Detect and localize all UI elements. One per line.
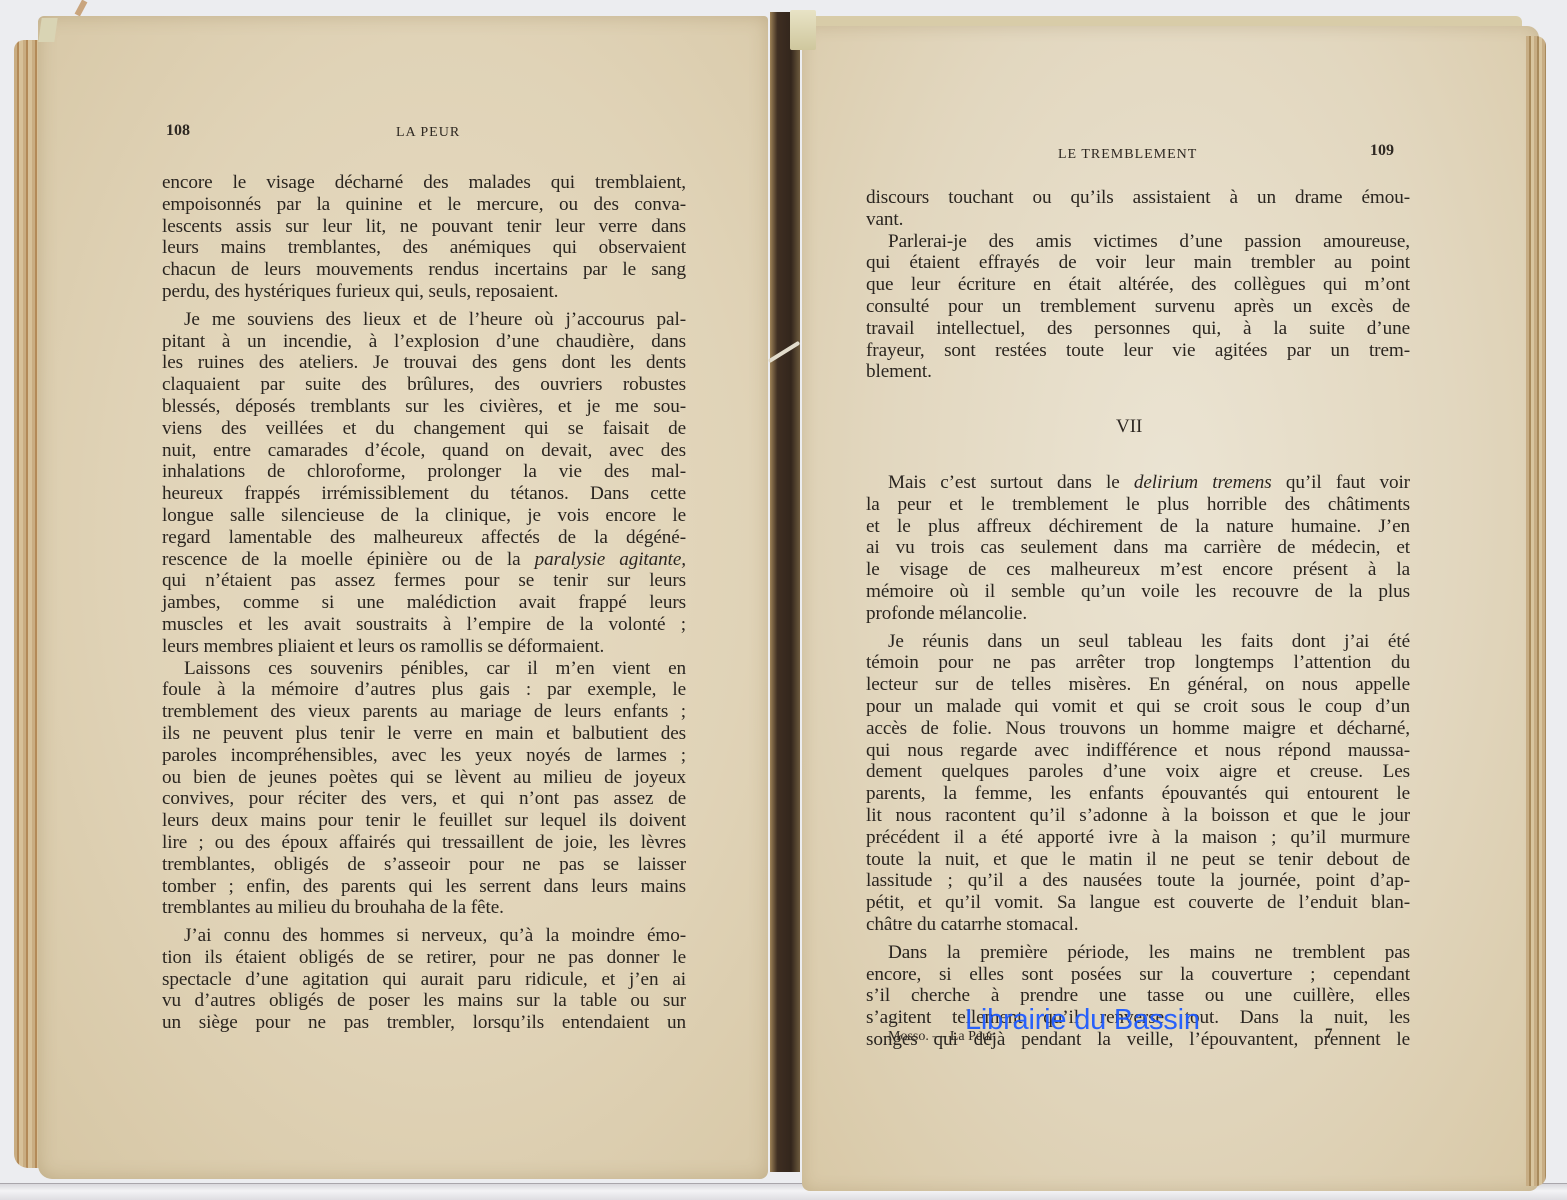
right-running-header: LE TREMBLEMENT xyxy=(1058,147,1197,163)
text-line: lecteur sur de telles misères. En généra… xyxy=(866,674,1410,696)
text-line: lescents assis sur leur lit, ne pouvant … xyxy=(162,216,686,238)
text-line: foule à la mémoire d’autres plus gais : … xyxy=(162,679,686,701)
text-line: témoin pour ne pas arrêter trop longtemp… xyxy=(866,652,1410,674)
text-line: que leur écriture en était altérée, des … xyxy=(866,274,1410,296)
italic-term: delirium tremens xyxy=(1134,472,1272,493)
text-line: Laissons ces souvenirs pénibles, car il … xyxy=(162,658,686,680)
text-line: ou bien de jeunes poètes qui se lèvent a… xyxy=(162,767,686,789)
text-line: blessés, déposés tremblants sur les civi… xyxy=(162,396,686,418)
text-line: accès de folie. Nous trouvons un homme m… xyxy=(866,718,1410,740)
text-line: tion ils étaient obligés de se retirer, … xyxy=(162,947,686,969)
text-line: dement quelques paroles d’une voix aigre… xyxy=(866,761,1410,783)
text-line: mémoire où il semble qu’un voile les rec… xyxy=(866,581,1410,603)
left-cover-flap xyxy=(38,18,57,42)
text-line: tomber ; enfin, des parents qui les serr… xyxy=(162,876,686,898)
left-page-number: 108 xyxy=(166,122,190,140)
text-line: discours touchant ou qu’ils assistaient … xyxy=(866,187,1410,209)
text-line: lassitude ; qu’il a des nausées toute la… xyxy=(866,870,1410,892)
text-line: vant. xyxy=(866,209,1410,231)
text-line: frayeur, sont restées toute leur vie agi… xyxy=(866,340,1410,362)
text-line: profonde mélancolie. xyxy=(866,603,1410,625)
text-line: nuit, entre camarades d’école, quand on … xyxy=(162,440,686,462)
right-page-number: 109 xyxy=(1370,142,1394,160)
text-line: tremblement des vieux parents au mariage… xyxy=(162,701,686,723)
text-line: les ruines des ateliers. Je trouvai des … xyxy=(162,352,686,374)
text-line: claquaient par suite des brûlures, des o… xyxy=(162,374,686,396)
text-line: qui nous regarde avec indifférence et no… xyxy=(866,740,1410,762)
text-line: longue salle silencieuse de la clinique,… xyxy=(162,505,686,527)
watermark-text: Librairie du Bassin xyxy=(965,1004,1200,1037)
italic-term: paralysie agitante, xyxy=(535,549,686,570)
text-line: Je me souviens des lieux et de l’heure o… xyxy=(162,309,686,331)
text-line: lit nous racontent qu’il s’adonne à la b… xyxy=(866,805,1410,827)
text-line: encore, si elles sont posées sur la couv… xyxy=(866,964,1410,986)
text-line: muscles et les avait soustraits à l’empi… xyxy=(162,614,686,636)
text-segment: rescence de la moelle épinière ou de la xyxy=(162,549,535,570)
text-line: travail intellectuel, des personnes qui,… xyxy=(866,318,1410,340)
text-line: le visage de ces malheureux m’est encore… xyxy=(866,559,1410,581)
text-line: chacun de leurs mouvements rendus incert… xyxy=(162,259,686,281)
text-line: leurs membres pliaient et leurs os ramol… xyxy=(162,636,686,658)
text-line: J’ai connu des hommes si nerveux, qu’à l… xyxy=(162,925,686,947)
text-line: un siège pour ne pas trembler, lorsqu’il… xyxy=(162,1012,686,1034)
left-page-body: encore le visage décharné des malades qu… xyxy=(162,172,686,1034)
text-segment: Mais c’est surtout dans le xyxy=(888,472,1134,493)
text-line-with-italic: Mais c’est surtout dans le delirium trem… xyxy=(866,472,1410,494)
text-line: Parlerai-je des amis victimes d’une pass… xyxy=(866,231,1410,253)
text-line: tremblantes, obligés de s’asseoir pour n… xyxy=(162,854,686,876)
text-line-with-italic: rescence de la moelle épinière ou de la … xyxy=(162,549,686,571)
text-line: parents, la femme, les enfants épouvanté… xyxy=(866,783,1410,805)
text-line: Dans la première période, les mains ne t… xyxy=(866,942,1410,964)
text-line: pour un malade qui vomit et qui se croit… xyxy=(866,696,1410,718)
text-line: jambes, comme si une malédiction avait f… xyxy=(162,592,686,614)
text-line: perdu, des hystériques furieux qui, seul… xyxy=(162,281,686,303)
text-line: toute la nuit, et que le matin il ne peu… xyxy=(866,849,1410,871)
sheet-number: 7 xyxy=(1325,1026,1333,1043)
text-line: qui n’étaient pas assez fermes pour se t… xyxy=(162,570,686,592)
text-line: ils ne peuvent plus tenir le verre en ma… xyxy=(162,723,686,745)
text-line: pitant à un incendie, à l’explosion d’un… xyxy=(162,331,686,353)
text-line: vu d’autres obligés de poser les mains s… xyxy=(162,990,686,1012)
text-line: leurs deux mains pour tenir le feuillet … xyxy=(162,810,686,832)
right-page-body-top: discours touchant ou qu’ils assistaient … xyxy=(866,187,1410,383)
text-line: précédent il a été apporté ivre à la mai… xyxy=(866,827,1410,849)
text-line: tremblantes au milieu du brouhaha de la … xyxy=(162,897,686,919)
text-segment: qu’il faut voir xyxy=(1272,472,1410,493)
section-heading: VII xyxy=(1116,416,1142,438)
binding-thread xyxy=(75,0,88,16)
text-line: la peur et le tremblement le plus horrib… xyxy=(866,494,1410,516)
text-line: lire ; ou des époux affairés qui tressai… xyxy=(162,832,686,854)
text-line: consulté pour un tremblement survenu apr… xyxy=(866,296,1410,318)
right-page-body-bottom: Mais c’est surtout dans le delirium trem… xyxy=(866,472,1410,1051)
text-line: blement. xyxy=(866,361,1410,383)
right-cover-flap xyxy=(790,10,816,50)
text-line: Je réunis dans un seul tableau les faits… xyxy=(866,631,1410,653)
text-line: châtre du catarrhe stomacal. xyxy=(866,914,1410,936)
text-line: spectacle d’une agitation qui aurait par… xyxy=(162,969,686,991)
text-line: ai vu trois cas seulement dans ma carriè… xyxy=(866,537,1410,559)
text-line: empoisonnés par la quinine et le mercure… xyxy=(162,194,686,216)
text-line: et le plus affreux déchirement de la nat… xyxy=(866,516,1410,538)
left-running-header: LA PEUR xyxy=(396,125,460,141)
text-line: pétit, et qu’il vomit. Sa langue est cou… xyxy=(866,892,1410,914)
text-line: paroles incompréhensibles, avec les yeux… xyxy=(162,745,686,767)
right-page-stack-edge xyxy=(1526,36,1546,1186)
text-line: inhalations de chloroforme, prolonger la… xyxy=(162,461,686,483)
text-line: convives, pour réciter des vers, et qui … xyxy=(162,788,686,810)
book-gutter xyxy=(770,12,800,1172)
text-line: viens des veillées et du changement qui … xyxy=(162,418,686,440)
text-line: qui étaient effrayés de voir leur main t… xyxy=(866,252,1410,274)
text-line: leurs mains tremblantes, des anémiques q… xyxy=(162,237,686,259)
text-line: encore le visage décharné des malades qu… xyxy=(162,172,686,194)
text-line: heureux frappés irrémissiblement du téta… xyxy=(162,483,686,505)
text-line: regard lamentable des malheureux affecté… xyxy=(162,527,686,549)
